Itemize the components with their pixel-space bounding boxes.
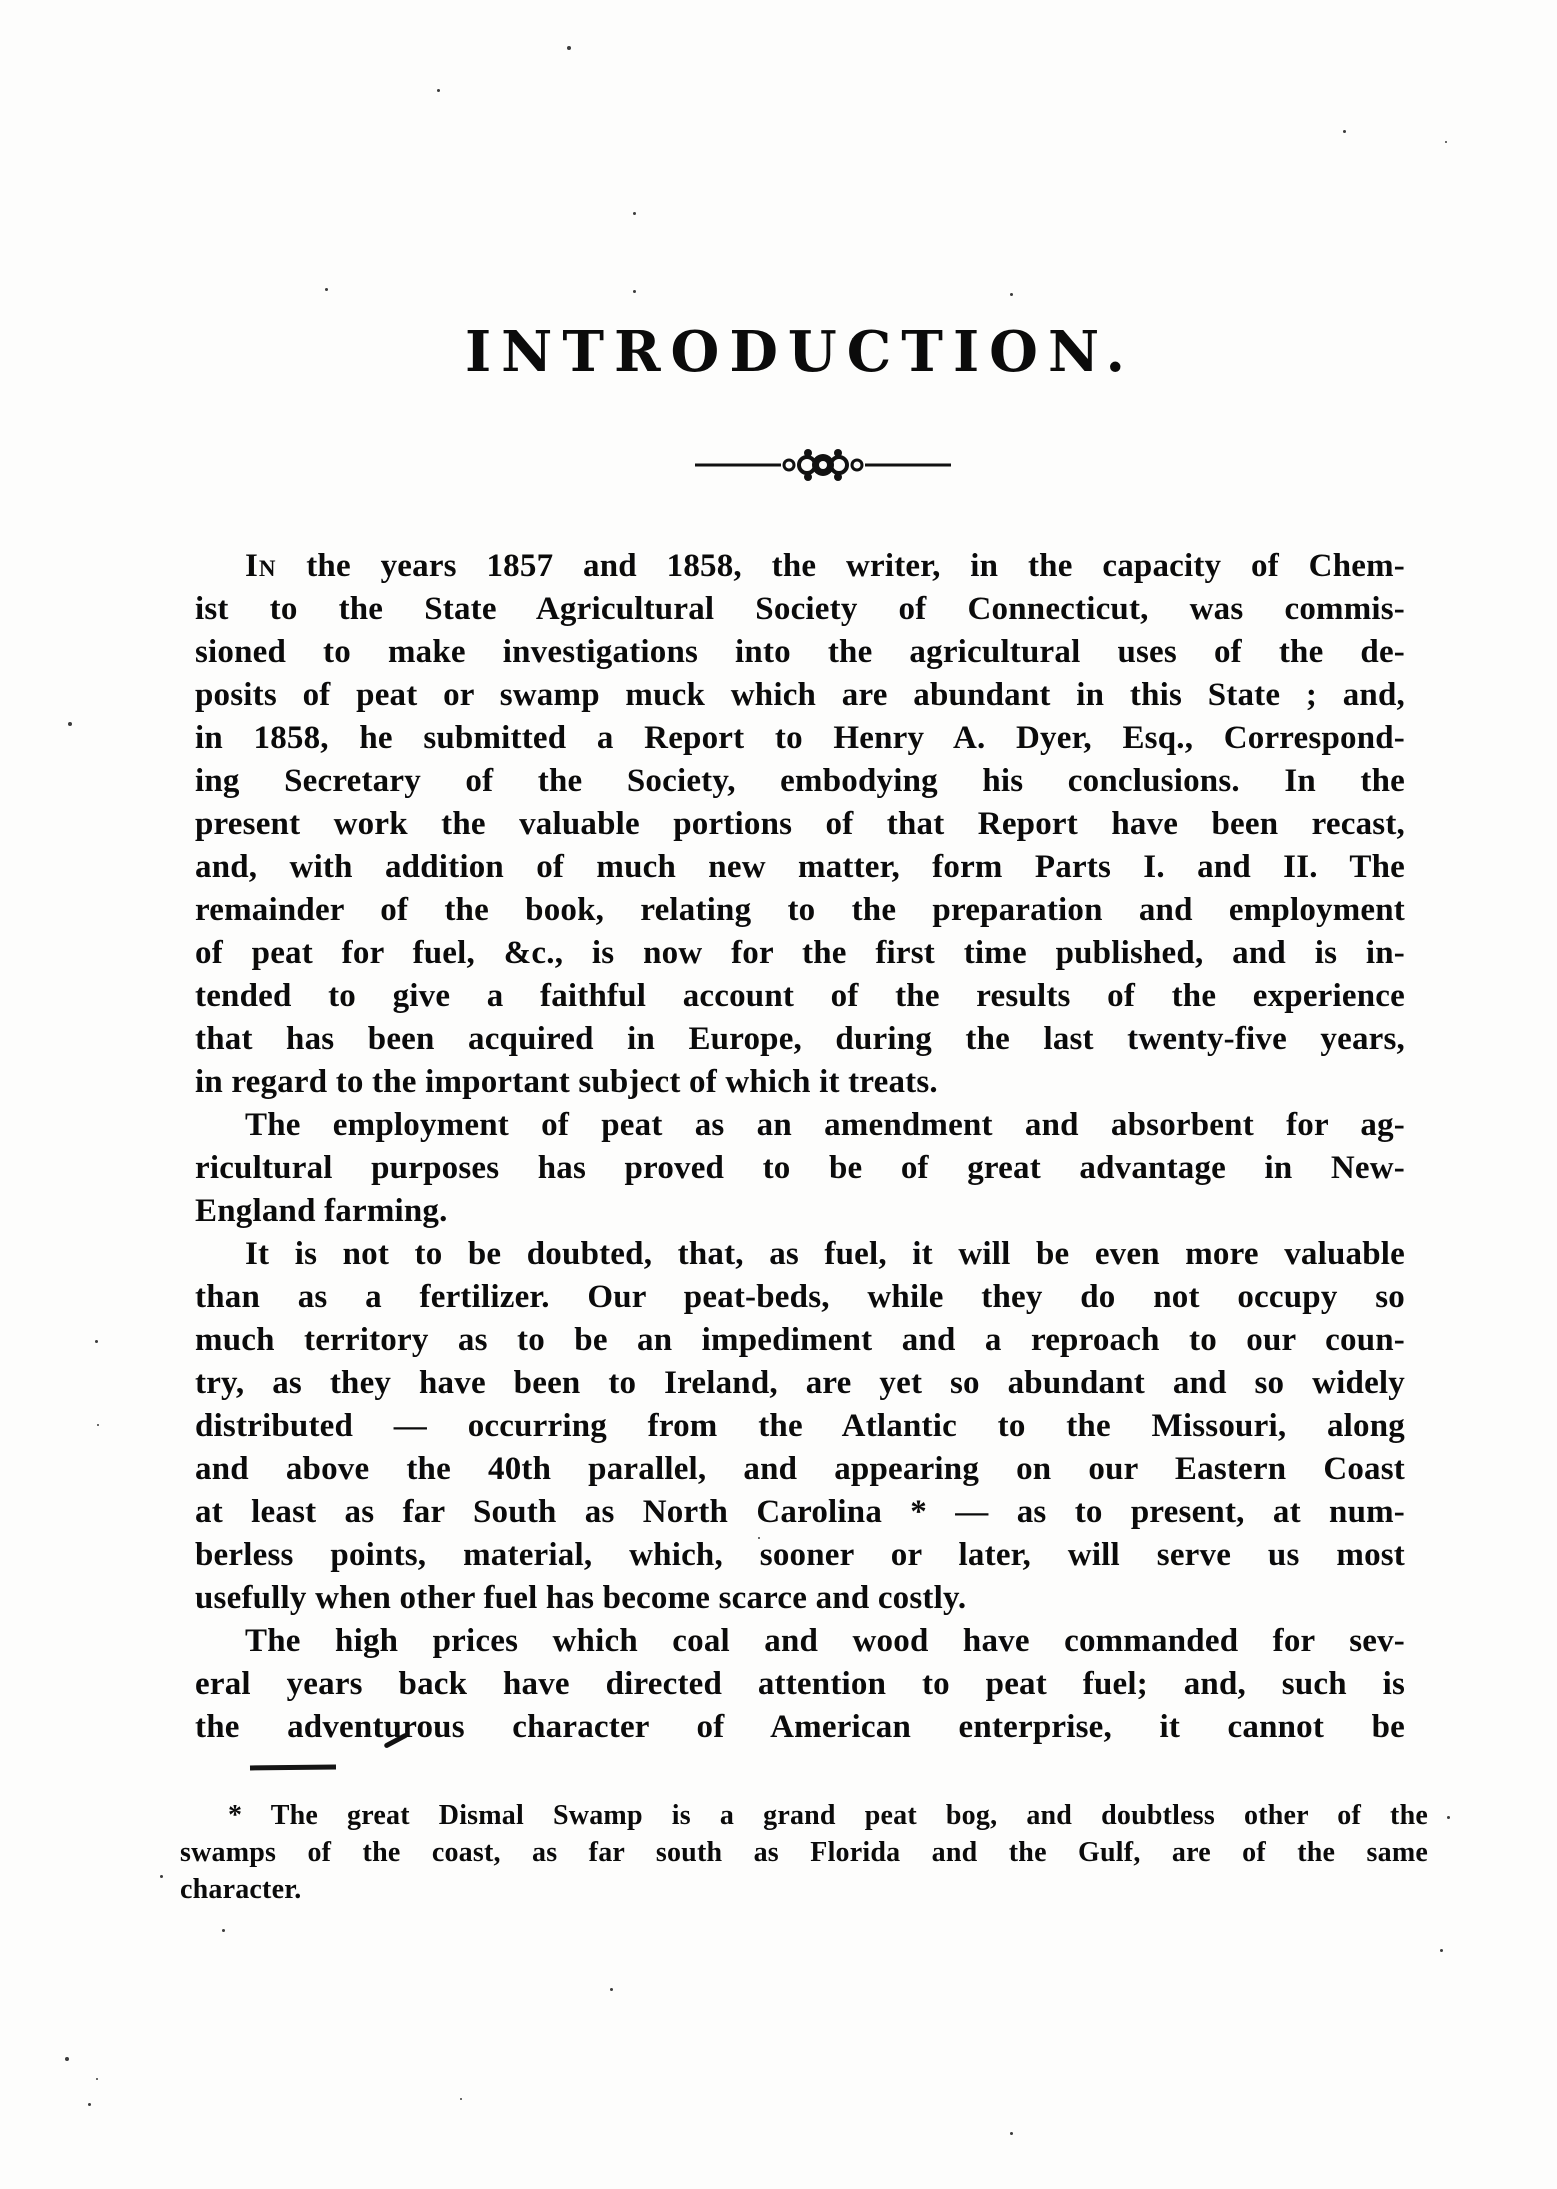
ornament-divider-icon	[695, 448, 951, 482]
text-line: The employment of peat as an amendment a…	[195, 1104, 1405, 1147]
text-line: at least as far South as North Carolina …	[195, 1491, 1405, 1534]
text-line: England farming.	[195, 1190, 1405, 1233]
text-line: character.	[180, 1871, 1428, 1908]
scan-speck	[852, 338, 854, 340]
page-title: INTRODUCTION.	[195, 324, 1405, 380]
text-line: usefully when other fuel has become scar…	[195, 1577, 1405, 1620]
scan-speck	[1010, 2132, 1013, 2135]
text-line: and above the 40th parallel, and appeari…	[195, 1448, 1405, 1491]
footnote-separator-rule	[250, 1765, 336, 1771]
paragraph: The high prices which coal and wood have…	[195, 1620, 1405, 1749]
text-line: berless points, material, which, sooner …	[195, 1534, 1405, 1577]
text-line: eral years back have directed attention …	[195, 1663, 1405, 1706]
paragraph: It is not to be doubted, that, as fuel, …	[195, 1233, 1405, 1620]
text-line: present work the valuable portions of th…	[195, 803, 1405, 846]
text-line: and, with addition of much new matter, f…	[195, 846, 1405, 889]
body-text: In the years 1857 and 1858, the writer, …	[195, 545, 1405, 1749]
scan-speck	[68, 722, 72, 726]
text-line: posits of peat or swamp muck which are a…	[195, 674, 1405, 717]
text-line: of peat for fuel, &c., is now for the fi…	[195, 932, 1405, 975]
scan-speck	[633, 290, 636, 293]
scan-speck	[222, 1929, 225, 1932]
text-line: sioned to make investigations into the a…	[195, 631, 1405, 674]
text-line: The high prices which coal and wood have…	[195, 1620, 1405, 1663]
text-line: try, as they have been to Ireland, are y…	[195, 1362, 1405, 1405]
scan-speck	[325, 288, 328, 291]
scan-speck	[437, 89, 440, 92]
book-page: INTRODUCTION. In the years 1857 and 1858…	[0, 0, 1557, 2189]
paragraph: The employment of peat as an amendment a…	[195, 1104, 1405, 1233]
scan-speck	[567, 46, 571, 50]
text-line: distributed — occurring from the Atlanti…	[195, 1405, 1405, 1448]
scan-speck	[97, 1424, 99, 1426]
text-line: remainder of the book, relating to the p…	[195, 889, 1405, 932]
text-line: ing Secretary of the Society, embodying …	[195, 760, 1405, 803]
text-line: ist to the State Agricultural Society of…	[195, 588, 1405, 631]
scan-speck	[758, 1537, 760, 1539]
scan-speck	[95, 1340, 98, 1343]
text-line: ricultural purposes has proved to be of …	[195, 1147, 1405, 1190]
text-line: in 1858, he submitted a Report to Henry …	[195, 717, 1405, 760]
text-line: in regard to the important subject of wh…	[195, 1061, 1405, 1104]
footnote: * The great Dismal Swamp is a grand peat…	[180, 1797, 1428, 1908]
text-line: the adventurous character of American en…	[195, 1706, 1405, 1749]
scan-speck	[65, 2057, 69, 2061]
text-line: In the years 1857 and 1858, the writer, …	[195, 545, 1405, 588]
scan-speck	[88, 2103, 91, 2106]
scan-speck	[460, 2098, 462, 2100]
scan-speck	[1447, 1816, 1450, 1819]
scan-speck	[96, 2078, 98, 2080]
smallcaps-word: In	[245, 548, 276, 584]
text-line: than as a fertilizer. Our peat-beds, whi…	[195, 1276, 1405, 1319]
text-line: that has been acquired in Europe, during…	[195, 1018, 1405, 1061]
text-line: It is not to be doubted, that, as fuel, …	[195, 1233, 1405, 1276]
scan-speck	[610, 1988, 613, 1991]
scan-speck	[1343, 130, 1346, 133]
scan-speck	[160, 1875, 163, 1878]
text-line: * The great Dismal Swamp is a grand peat…	[180, 1797, 1428, 1834]
text-line: swamps of the coast, as far south as Flo…	[180, 1834, 1428, 1871]
scan-speck	[633, 212, 636, 215]
text-line: tended to give a faithful account of the…	[195, 975, 1405, 1018]
scan-speck	[1445, 141, 1447, 143]
scan-speck	[1440, 1949, 1443, 1952]
text-line: much territory as to be an impediment an…	[195, 1319, 1405, 1362]
scan-speck	[1010, 293, 1013, 296]
paragraph: In the years 1857 and 1858, the writer, …	[195, 545, 1405, 1104]
